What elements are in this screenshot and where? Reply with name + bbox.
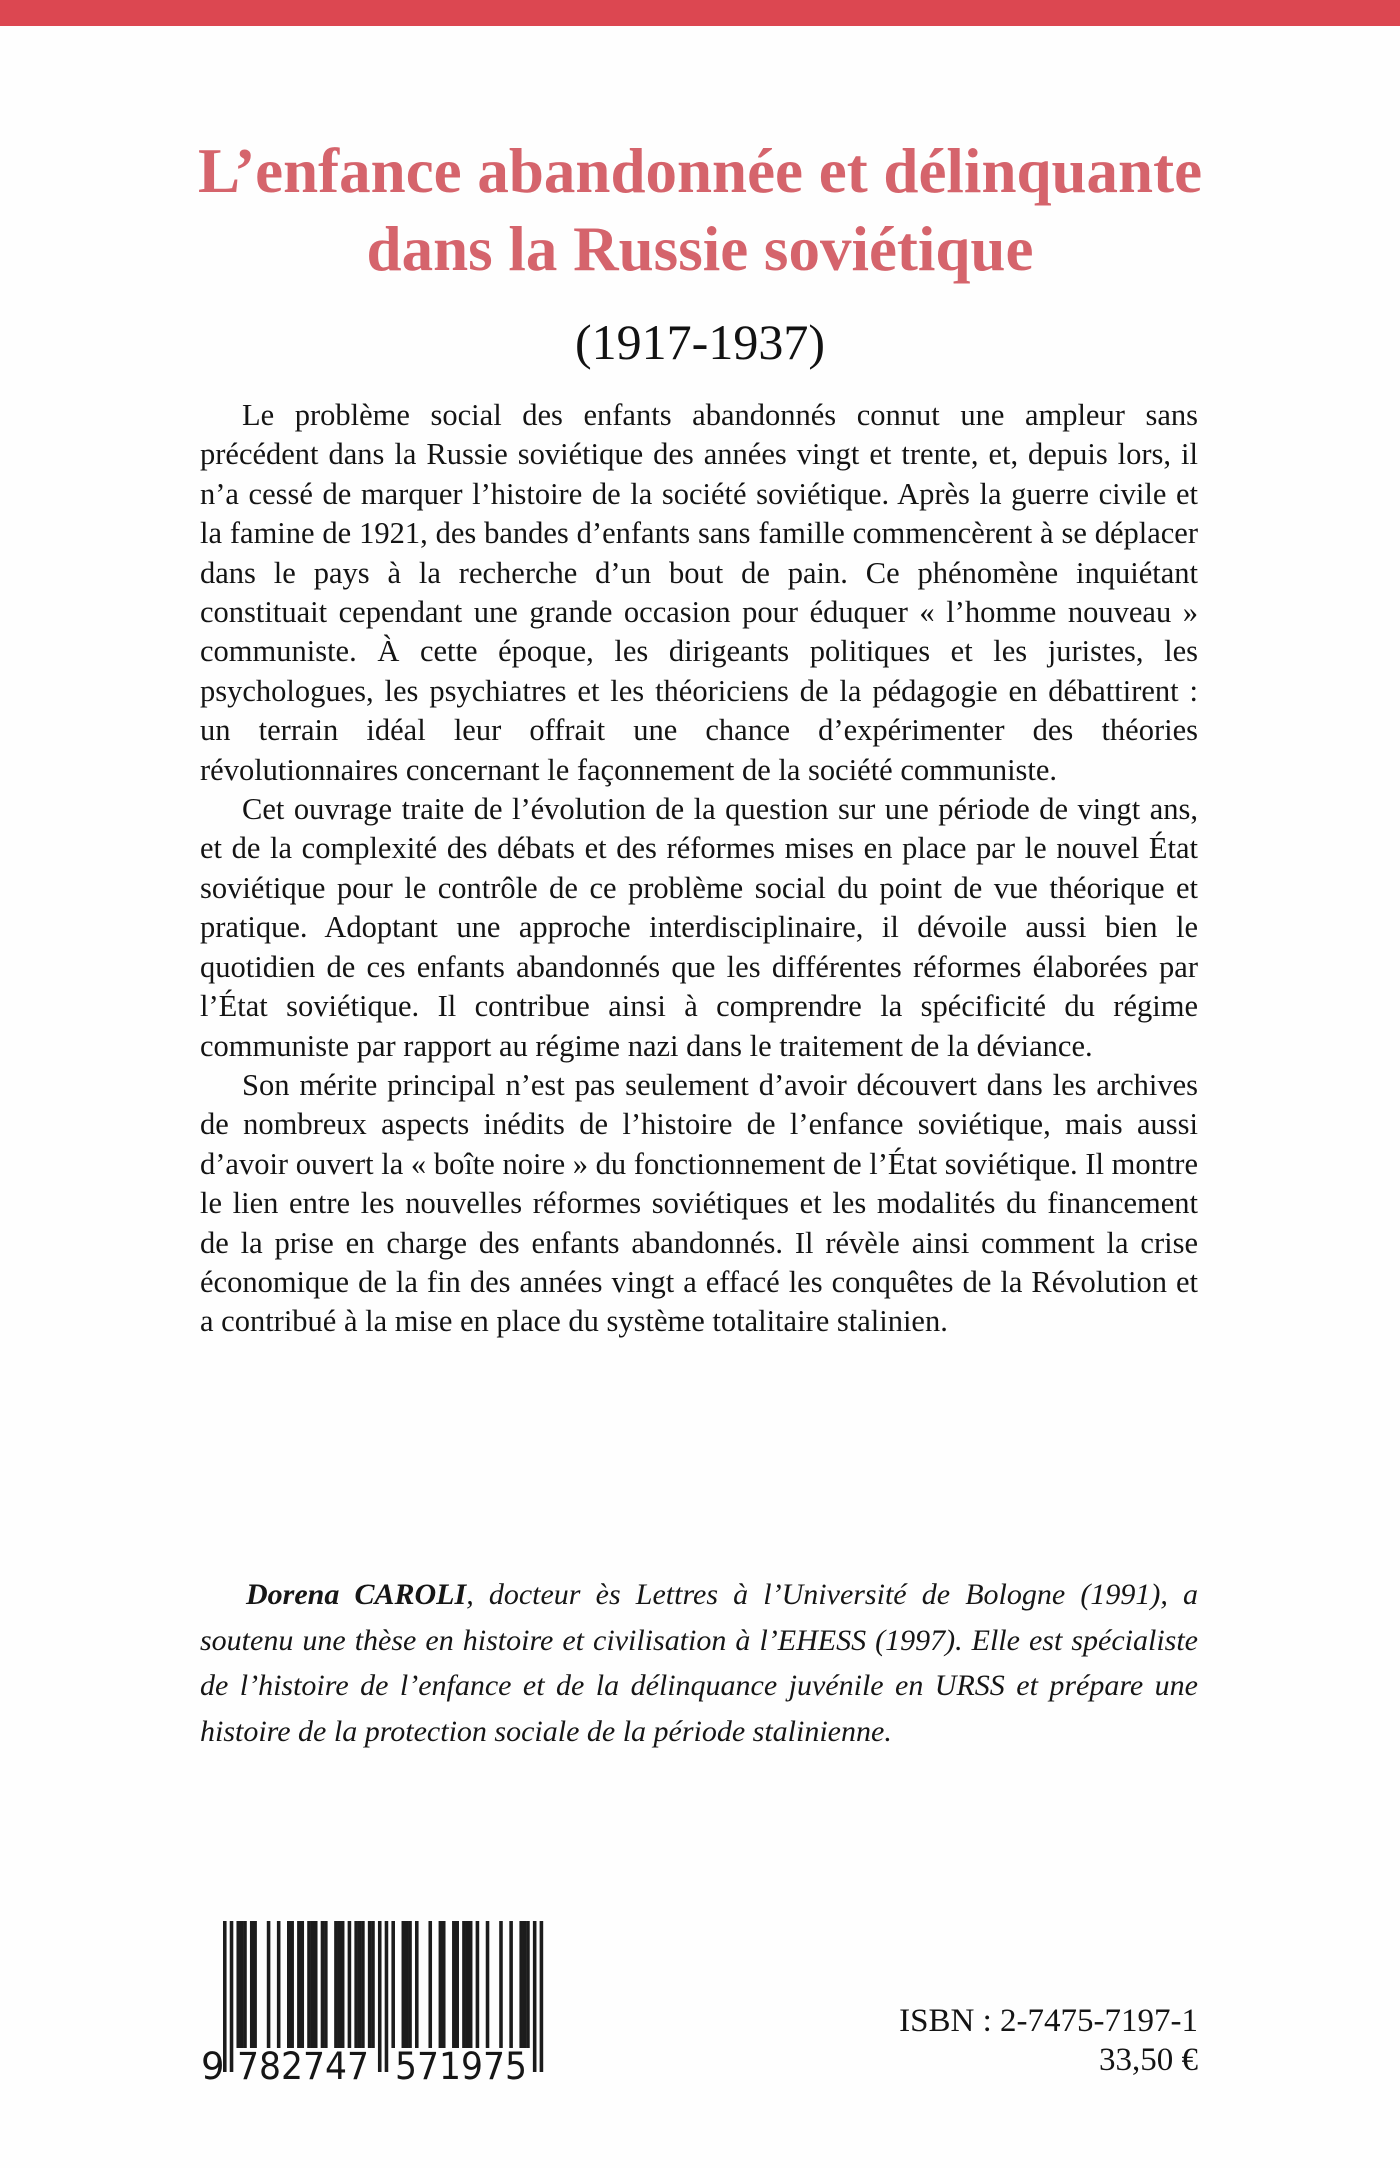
isbn-label: ISBN : 2-7475-7197-1 bbox=[899, 2002, 1198, 2041]
synopsis: Le problème social des enfants abandonné… bbox=[200, 396, 1198, 1342]
book-title-line1: L’enfance abandonnée et délinquante bbox=[198, 136, 1202, 206]
publication-years: (1917-1937) bbox=[0, 314, 1400, 370]
isbn-price-block: ISBN : 2-7475-7197-1 33,50 € bbox=[899, 2002, 1198, 2080]
book-back-cover: L’enfance abandonnée et délinquante dans… bbox=[0, 0, 1400, 2168]
barcode-digit-first: 9 bbox=[201, 2045, 225, 2088]
synopsis-paragraph-2: Cet ouvrage traite de l’évolution de la … bbox=[200, 790, 1198, 1066]
author-name: Dorena CAROLI bbox=[246, 1578, 466, 1611]
barcode-digits-left: 782747 bbox=[237, 2045, 369, 2088]
barcode-svg: 9 782747 571975 bbox=[199, 1918, 547, 2090]
author-bio: Dorena CAROLI, docteur ès Lettres à l’Un… bbox=[200, 1572, 1198, 1754]
title-block: L’enfance abandonnée et délinquante dans… bbox=[0, 132, 1400, 370]
book-title-line2: dans la Russie soviétique bbox=[367, 214, 1034, 284]
synopsis-paragraph-1: Le problème social des enfants abandonné… bbox=[200, 396, 1198, 790]
book-title: L’enfance abandonnée et délinquante dans… bbox=[0, 132, 1400, 288]
ean-barcode: 9 782747 571975 bbox=[199, 1918, 547, 2090]
top-red-band bbox=[0, 0, 1400, 26]
synopsis-paragraph-3: Son mérite principal n’est pas seulement… bbox=[200, 1066, 1198, 1342]
barcode-digits-right: 571975 bbox=[395, 2045, 527, 2088]
price-label: 33,50 € bbox=[899, 2041, 1198, 2080]
